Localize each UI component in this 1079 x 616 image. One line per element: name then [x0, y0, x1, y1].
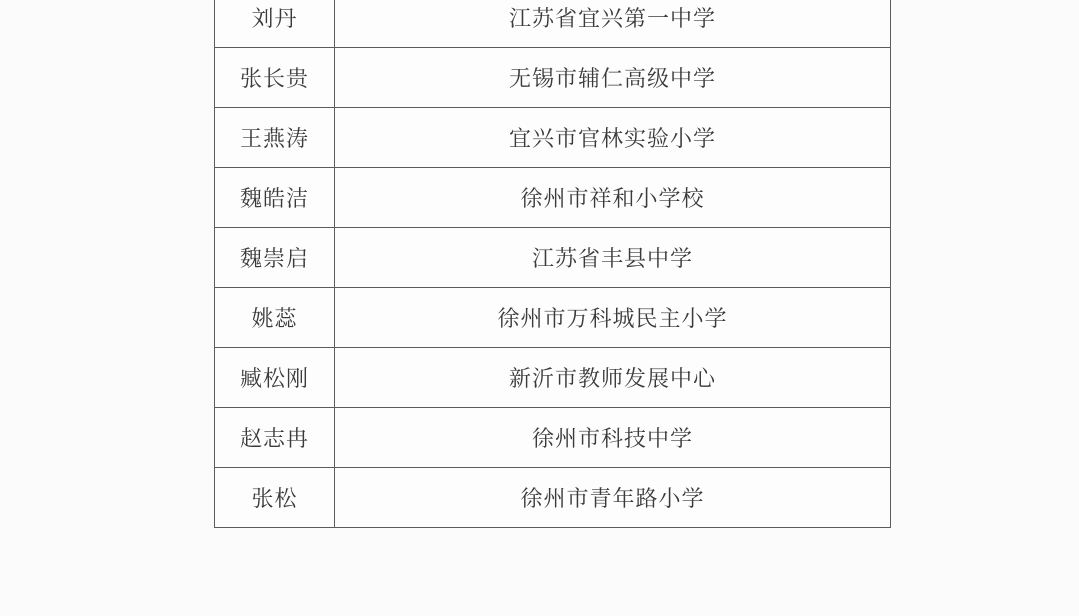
person-name: 魏崇启 — [240, 246, 309, 271]
table-row: 王燕涛 宜兴市官林实验小学 — [215, 108, 891, 168]
school-name: 新沂市教师发展中心 — [509, 366, 716, 391]
school-name: 徐州市万科城民主小学 — [497, 306, 727, 331]
table-row: 姚蕊 徐州市万科城民主小学 — [215, 288, 891, 348]
school-name: 江苏省宜兴第一中学 — [509, 6, 716, 31]
table-row: 赵志冉 徐州市科技中学 — [215, 408, 891, 468]
name-cell: 臧松刚 — [215, 348, 335, 408]
school-cell: 无锡市辅仁高级中学 — [335, 48, 891, 108]
person-name: 魏皓洁 — [240, 186, 309, 211]
person-name: 姚蕊 — [251, 306, 297, 331]
school-cell: 江苏省宜兴第一中学 — [335, 0, 891, 48]
name-cell: 姚蕊 — [215, 288, 335, 348]
school-cell: 徐州市万科城民主小学 — [335, 288, 891, 348]
name-cell: 张长贵 — [215, 48, 335, 108]
table-row: 魏皓洁 徐州市祥和小学校 — [215, 168, 891, 228]
school-name: 徐州市青年路小学 — [520, 486, 704, 511]
school-name: 宜兴市官林实验小学 — [509, 126, 716, 151]
person-name: 王燕涛 — [240, 126, 309, 151]
name-cell: 魏崇启 — [215, 228, 335, 288]
school-name: 无锡市辅仁高级中学 — [509, 66, 716, 91]
person-name: 赵志冉 — [240, 426, 309, 451]
name-cell: 张松 — [215, 468, 335, 528]
school-cell: 徐州市祥和小学校 — [335, 168, 891, 228]
name-cell: 赵志冉 — [215, 408, 335, 468]
table-body: 刘丹 江苏省宜兴第一中学 张长贵 无锡市辅仁高级中学 王燕涛 宜兴市官林实验小学… — [215, 0, 891, 528]
table-row: 魏崇启 江苏省丰县中学 — [215, 228, 891, 288]
person-name: 刘丹 — [251, 6, 297, 31]
school-cell: 新沂市教师发展中心 — [335, 348, 891, 408]
table-row: 臧松刚 新沂市教师发展中心 — [215, 348, 891, 408]
table-row: 张长贵 无锡市辅仁高级中学 — [215, 48, 891, 108]
person-name: 张松 — [251, 486, 297, 511]
school-cell: 江苏省丰县中学 — [335, 228, 891, 288]
document-page: 刘丹 江苏省宜兴第一中学 张长贵 无锡市辅仁高级中学 王燕涛 宜兴市官林实验小学… — [0, 0, 1079, 616]
school-name: 徐州市祥和小学校 — [520, 186, 704, 211]
school-name: 江苏省丰县中学 — [532, 246, 693, 271]
school-cell: 徐州市科技中学 — [335, 408, 891, 468]
school-name: 徐州市科技中学 — [532, 426, 693, 451]
person-name: 张长贵 — [240, 66, 309, 91]
table-row: 刘丹 江苏省宜兴第一中学 — [215, 0, 891, 48]
table-row: 张松 徐州市青年路小学 — [215, 468, 891, 528]
person-name: 臧松刚 — [240, 366, 309, 391]
school-cell: 宜兴市官林实验小学 — [335, 108, 891, 168]
name-cell: 刘丹 — [215, 0, 335, 48]
school-cell: 徐州市青年路小学 — [335, 468, 891, 528]
name-school-table: 刘丹 江苏省宜兴第一中学 张长贵 无锡市辅仁高级中学 王燕涛 宜兴市官林实验小学… — [214, 0, 891, 528]
name-cell: 王燕涛 — [215, 108, 335, 168]
name-cell: 魏皓洁 — [215, 168, 335, 228]
